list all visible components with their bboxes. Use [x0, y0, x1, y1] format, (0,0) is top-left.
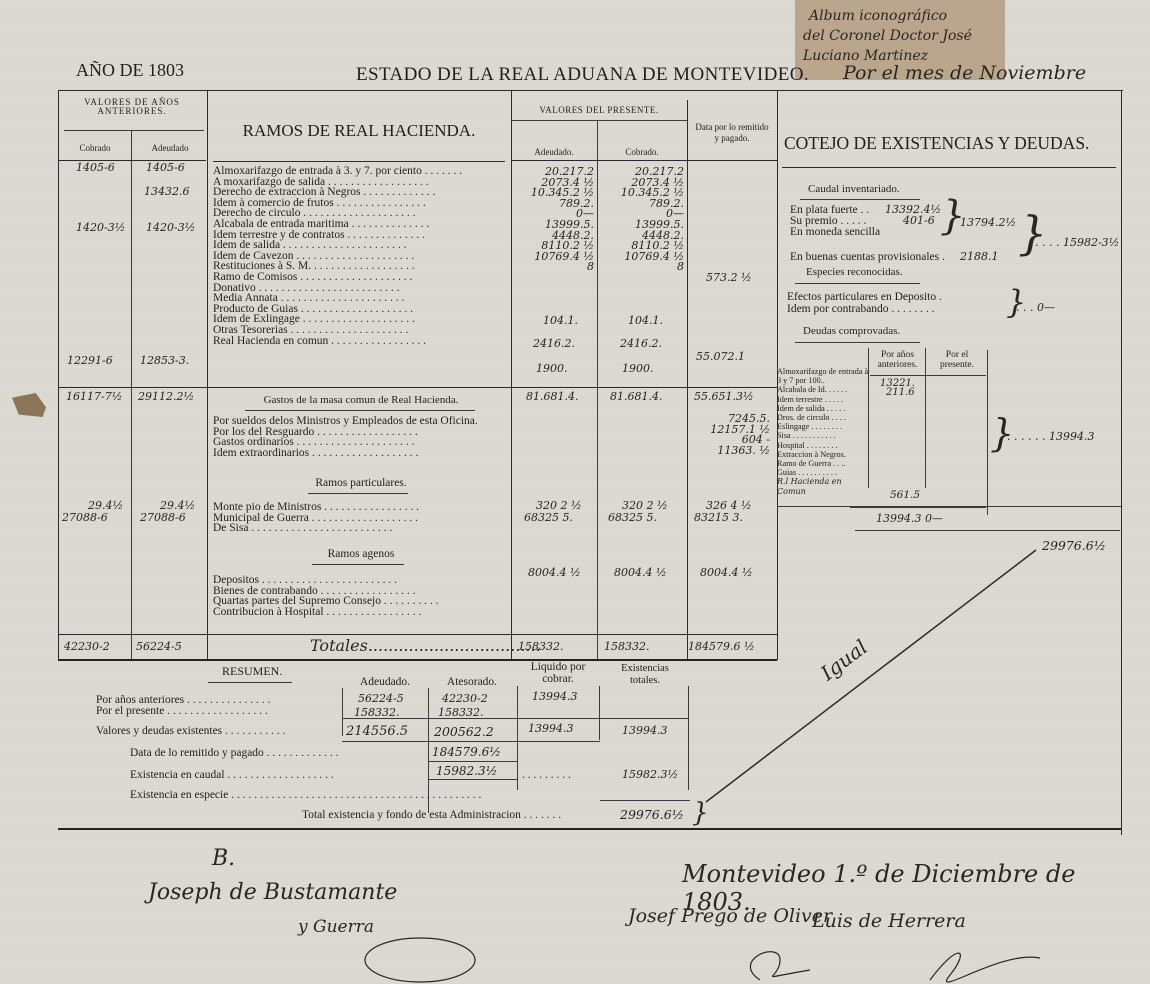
guerra-adeudado: 27088-6	[140, 511, 186, 524]
resumen-col-4	[599, 686, 600, 740]
frame-right	[1121, 90, 1122, 835]
ramo-row: Alcabala de entrada maritima . . . . . .…	[213, 219, 509, 230]
gastos-underline	[245, 410, 475, 411]
line-cotejo-head	[782, 167, 1116, 168]
particulares-row: De Sisa . . . . . . . . . . . . . . . . …	[213, 523, 419, 534]
depositos-p-adeudado: 8004.4 ½	[528, 566, 581, 579]
deudas-total: . . . . . . . 13994.3	[1000, 430, 1094, 443]
buenas-cuentas-label: En buenas cuentas provisionales .	[790, 252, 945, 263]
gastos-list: Por sueldos delos Ministros y Empleados …	[213, 416, 478, 458]
deudas-row: Eslingage . . . . . . . .	[777, 422, 869, 431]
note-line-1: Album iconográfico	[809, 6, 947, 26]
ant-cobrado-16: 12291-6	[67, 354, 113, 367]
ant-adeudado-16: 12853-3.	[140, 354, 189, 367]
especies-row: Idem por contrabando . . . . . . . .	[787, 304, 935, 315]
subtotal-p-cobrado: 81.681.4.	[610, 390, 662, 403]
line-subtotal	[58, 387, 777, 388]
signature-bustamante: Joseph de Bustamante	[148, 880, 397, 905]
caudal-total-brace-icon: }	[1018, 210, 1047, 256]
deudas-underline	[795, 342, 920, 343]
ant-adeudado-0: 1405-6	[146, 161, 185, 174]
deudas-sum: 13994.3 0—	[876, 512, 943, 525]
resumen-existencias-2: 13994.3	[622, 724, 668, 737]
resumen-atesorado-0: 42230-2	[442, 692, 488, 705]
agenos-row: Depositos . . . . . . . . . . . . . . . …	[213, 575, 439, 586]
document-title: ESTADO DE LA REAL ADUANA DE MONTEVIDEO.	[356, 64, 809, 86]
ant-cobrado-0: 1405-6	[76, 161, 115, 174]
totals-adeudado: 56224-5	[136, 640, 182, 653]
col-sep-cobrado	[597, 120, 598, 660]
caudal-subtotal: 13794.2½	[960, 216, 1016, 229]
real-hacienda-value: 561.5	[890, 489, 920, 501]
agenos-title: Ramos agenos	[213, 549, 509, 560]
pres-cobrado-otras: 2416.2.	[620, 337, 662, 350]
igual-diagonal-line	[700, 540, 1120, 830]
ant-cobrado-5: 1420-3½	[76, 221, 125, 234]
resumen-atesorado-2: 200562.2	[434, 724, 494, 739]
ramo-row: Real Hacienda en comun . . . . . . . . .…	[213, 336, 509, 347]
paper-tear	[12, 393, 46, 417]
deudas-col-2	[925, 348, 926, 488]
caudal-row: En plata fuerte . .	[790, 205, 869, 216]
subtotal-cobrado: 16117-7½	[66, 390, 122, 403]
particulares-underline	[308, 493, 408, 494]
value: 8	[600, 262, 684, 273]
guerra-p-cobrado: 68325 5.	[608, 511, 657, 524]
resumen-line-2	[342, 741, 600, 742]
resumen-adeudado-1: 158332.	[354, 706, 400, 719]
line-totals-top	[58, 634, 777, 635]
resumen-liquido-0: 13994.3	[532, 690, 578, 703]
subtotal-data: 55.651.3½	[694, 390, 754, 403]
gastos-row: Por sueldos delos Ministros y Empleados …	[213, 416, 478, 427]
totals-label: Totales.................................…	[310, 636, 541, 655]
especies-underline	[795, 283, 920, 284]
resumen-atesorado-3: 184579.6½	[432, 745, 501, 759]
signature-prego: Josef Prego de Oliver	[628, 905, 832, 927]
guerra-data: 83215 3.	[694, 511, 743, 524]
line-totals-bottom	[58, 659, 777, 661]
header-adeudado: Adeudado	[134, 143, 206, 153]
col-sep-presente	[511, 90, 512, 660]
deudas-row: R.l Hacienda en Comun	[777, 477, 869, 495]
deudas-row: Almoxarifazgo de entrada à 3 y 7 por 100…	[777, 367, 869, 385]
agenos-list: Depositos . . . . . . . . . . . . . . . …	[213, 575, 439, 617]
deudas-row: Extraccion à Negros.	[777, 450, 869, 459]
particulares-list: Monte pio de Ministros . . . . . . . . .…	[213, 502, 419, 534]
caudal-underline	[800, 199, 920, 200]
igual-total: 29976.6½	[1042, 538, 1106, 553]
gastos-data-col: 7245.5. 12157.1 ½ 604 - 11363. ½	[690, 414, 770, 456]
col-sep-data	[687, 100, 688, 660]
depositos-p-cobrado: 8004.4 ½	[614, 566, 667, 579]
caudal-title: Caudal inventariado.	[808, 184, 900, 195]
particulares-title: Ramos particulares.	[213, 478, 509, 489]
gastos-row: Idem extraordinarios . . . . . . . . . .…	[213, 448, 478, 459]
deudas-row: Hospital . . . . . . . .	[777, 441, 869, 450]
line-anteriores-split	[64, 130, 204, 131]
caudal-total: . . . . . 15982-3½	[1028, 236, 1119, 249]
deudas-row: Ramo de Guerra . . ..	[777, 459, 869, 468]
line-ramos-head	[213, 161, 505, 162]
resumen-head-liquido: Liquido por cobrar.	[520, 661, 596, 685]
data-otras: 55.072.1	[696, 350, 745, 363]
subtotal-adeudado: 29112.2½	[138, 390, 194, 403]
resumen-row-label: Por años anteriores . . . . . . . . . . …	[96, 695, 270, 706]
deudas-row: Idem terrestre . . . . .	[777, 395, 869, 404]
header-ramos: RAMOS DE REAL HACIENDA.	[210, 121, 508, 141]
header-pres-cobrado: Cobrado.	[597, 147, 687, 157]
deudas-sum-topline	[850, 507, 986, 508]
header-valores-presente: VALORES DEL PRESENTE.	[511, 105, 687, 115]
guerra-cobrado: 27088-6	[62, 511, 108, 524]
resumen-head-adeudado: Adeudado.	[345, 677, 425, 688]
value: 8	[514, 262, 594, 273]
value: 11363. ½	[690, 446, 770, 457]
note-line-2: del Coronel Doctor José	[803, 26, 972, 46]
deudas-head-anteriores: Por años anteriores.	[870, 350, 925, 370]
resumen-total-topline	[600, 800, 690, 801]
frame-left	[58, 90, 59, 660]
pres-cobrado-col: 20.217.2 2073.4 ½ 10.345.2 ½ 789.2. 0— 1…	[600, 167, 684, 273]
totals-p-cobrado: 158332.	[604, 640, 650, 653]
deudas-head-presente: Por el presente.	[928, 350, 986, 370]
deudas-row: Sisa . . . . . . . . . . .	[777, 431, 869, 440]
totals-cobrado: 42230-2	[64, 640, 110, 653]
deudas-list: Almoxarifazgo de entrada à 3 y 7 por 100…	[777, 367, 869, 496]
deudas-row: Idem de salida . . . . .	[777, 404, 869, 413]
value: 10769.4 ½	[514, 252, 594, 263]
pres-adeudado-col: 20.217.2 2073.4 ½ 10.345.2 ½ 789.2. 0— 1…	[514, 167, 594, 273]
resumen-liquido-2: 13994.3	[528, 722, 574, 735]
agenos-row: Contribucion à Hospital . . . . . . . . …	[213, 607, 439, 618]
deudas-row: Alcabala de Id. . . . . .	[777, 385, 869, 394]
gastos-title: Gastos de la masa comun de Real Hacienda…	[213, 395, 509, 406]
resumen-title: RESUMEN.	[222, 664, 282, 679]
flourish-icon	[360, 920, 520, 984]
resumen-col-5	[688, 686, 689, 790]
resumen-underline	[208, 682, 292, 683]
data-cavezon: 573.2 ½	[706, 271, 752, 284]
resumen-existencias-4: 15982.3½	[622, 768, 678, 781]
flourish-icon	[720, 940, 840, 984]
ramo-row: Otras Tesorerias . . . . . . . . . . . .…	[213, 325, 509, 336]
resumen-row-label: Valores y deudas existentes . . . . . . …	[96, 726, 285, 737]
col-sep-anteriores	[131, 130, 132, 660]
col-sep-ramos	[207, 90, 208, 660]
resumen-row-label: Existencia en caudal . . . . . . . . . .…	[130, 770, 334, 781]
ant-adeudado-5: 1420-3½	[146, 221, 195, 234]
deudas-value-1: 211.6	[886, 387, 915, 398]
especies-title: Especies reconocidas.	[806, 267, 903, 278]
buenas-cuentas-value: 2188.1	[960, 250, 999, 263]
header-pres-adeudado: Adeudado.	[511, 147, 597, 157]
resumen-row-label: Por el presente . . . . . . . . . . . . …	[96, 706, 268, 717]
deudas-title: Deudas comprovadas.	[803, 326, 900, 337]
resumen-adeudado-2: 214556.5	[346, 724, 408, 739]
resumen-atesorado-4: 15982.3½	[436, 764, 497, 778]
frame-top	[58, 90, 1123, 91]
value: 10769.4 ½	[600, 252, 684, 263]
pres-cobrado-comun: 1900.	[622, 362, 654, 375]
guerra-p-adeudado: 68325 5.	[524, 511, 573, 524]
resumen-liquido-4: . . . . . . . . .	[522, 770, 571, 781]
handwritten-month: Por el mes de Noviembre	[843, 62, 1086, 84]
header-data: Data por lo remitido y pagado.	[694, 122, 770, 144]
line-presente-split	[511, 120, 687, 121]
header-valores-anteriores: VALORES DE AÑOS ANTERIORES.	[62, 98, 202, 116]
deudas-head-line	[870, 375, 986, 376]
resumen-atesorado-1: 158332.	[438, 706, 484, 719]
ant-adeudado-2: 13432.6	[144, 185, 190, 198]
particulares-row: Monte pio de Ministros . . . . . . . . .…	[213, 502, 419, 513]
pres-adeudado-guias: 104.1.	[543, 314, 578, 327]
caudal-value-1: 401-6	[903, 214, 935, 227]
header-cobrado: Cobrado	[62, 143, 128, 153]
resumen-row-label: Data de lo remitido y pagado . . . . . .…	[130, 748, 339, 759]
subtotal-p-adeudado: 81.681.4.	[526, 390, 578, 403]
signature-herrera: Luis de Herrera	[812, 910, 966, 932]
resumen-line-4	[428, 779, 518, 780]
ramo-row: Almoxarifazgo de entrada à 3. y 7. por c…	[213, 166, 509, 177]
agenos-underline	[312, 564, 404, 565]
pres-adeudado-otras: 2416.2.	[533, 337, 575, 350]
totals-p-adeudado: 158332.	[518, 640, 564, 653]
resumen-line-3	[428, 761, 518, 762]
caudal-row: En moneda sencilla	[790, 227, 880, 238]
resumen-total-value: 29976.6½	[620, 807, 684, 822]
resumen-col-1	[342, 688, 343, 736]
pres-adeudado-comun: 1900.	[536, 362, 568, 375]
ramos-list: Almoxarifazgo de entrada à 3. y 7. por c…	[213, 166, 509, 346]
resumen-total-label: Total existencia y fondo de esta Adminis…	[302, 810, 561, 821]
especies-row: Efectos particulares en Deposito .	[787, 292, 942, 303]
caudal-row: Su premio . . . . .	[790, 216, 866, 227]
flourish-icon	[920, 940, 1050, 984]
resumen-adeudado-0: 56224-5	[358, 692, 404, 705]
especies-value: . . . 0—	[1016, 301, 1055, 314]
year-heading: AÑO DE 1803	[76, 60, 184, 81]
resumen-head-atesorado: Atesorado.	[430, 677, 514, 688]
cotejo-divider	[777, 506, 1121, 507]
resumen-col-3	[517, 686, 518, 790]
resumen-head-existencias: Existencias totales.	[605, 663, 685, 687]
footer-mark: B.	[212, 846, 235, 871]
resumen-row-label: Existencia en especie . . . . . . . . . …	[130, 790, 481, 801]
deudas-row: Guias . . . . . . . . . .	[777, 468, 869, 477]
deudas-sum-bottomline	[855, 530, 1120, 531]
deudas-row: Dros. de circulo . . . .	[777, 413, 869, 422]
ramo-row: Ramo de Comisos . . . . . . . . . . . . …	[213, 272, 509, 283]
pres-cobrado-guias: 104.1.	[628, 314, 663, 327]
deudas-col-3	[987, 350, 988, 515]
header-cotejo: COTEJO DE EXISTENCIAS Y DEUDAS.	[784, 133, 1089, 154]
line-pres-head	[511, 160, 777, 161]
